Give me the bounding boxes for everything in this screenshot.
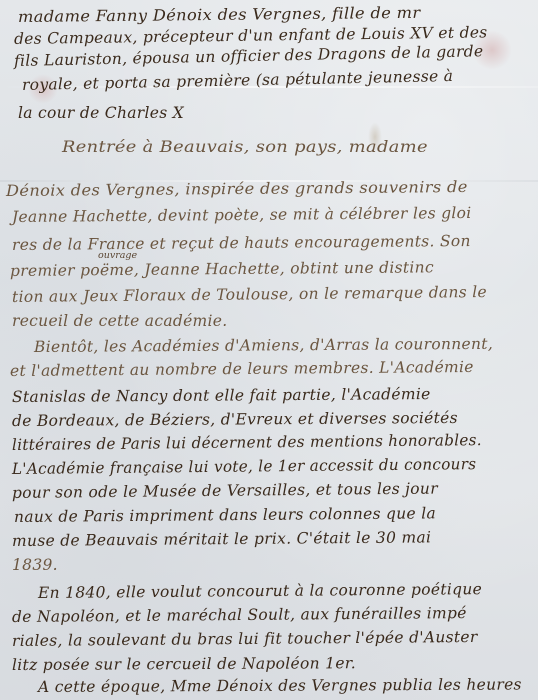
manuscript-line: Bientôt, les Académies d'Amiens, d'Arras…: [34, 335, 493, 356]
manuscript-line: L'Académie française lui vote, le 1er ac…: [12, 455, 476, 478]
manuscript-line: pour son ode le Musée de Versailles, et …: [12, 480, 438, 502]
manuscript-line: riales, la soulevant du bras lui fit tou…: [12, 628, 478, 650]
inserted-correction: ouvrage: [98, 250, 137, 261]
manuscript-line: A cette époque, Mme Dénoix des Vergnes p…: [38, 675, 522, 696]
manuscript-line: res de la France et reçut de hauts encou…: [12, 232, 471, 254]
manuscript-line: Dénoix des Vergnes, inspirée des grands …: [6, 178, 468, 200]
manuscript-line: 1839.: [12, 556, 58, 574]
manuscript-line: royale, et porta sa première (sa pétulan…: [22, 67, 454, 94]
manuscript-line: Rentrée à Beauvais, son pays, madame: [62, 138, 428, 156]
manuscript-line: et l'admettent au nombre de leurs membre…: [10, 358, 474, 380]
manuscript-page: madame Fanny Dénoix des Vergnes, fille d…: [0, 0, 538, 700]
manuscript-line: recueil de cette académie.: [12, 312, 228, 330]
manuscript-line: tion aux Jeux Floraux de Toulouse, on le…: [12, 283, 487, 306]
manuscript-line: Jeanne Hachette, devint poète, se mit à …: [12, 204, 472, 226]
manuscript-line: muse de Beauvais méritait le prix. C'éta…: [12, 528, 431, 550]
manuscript-line: naux de Paris impriment dans leurs colon…: [14, 504, 436, 526]
manuscript-line: madame Fanny Dénoix des Vergnes, fille d…: [18, 4, 421, 26]
manuscript-line: littéraires de Paris lui décernent des m…: [12, 431, 482, 454]
manuscript-line: de Bordeaux, de Béziers, d'Evreux et div…: [12, 409, 458, 430]
manuscript-line: de Napoléon, et le maréchal Soult, aux f…: [12, 604, 467, 626]
manuscript-line: premier poëme, Jeanne Hachette, obtint u…: [10, 258, 434, 280]
manuscript-line: litz posée sur le cercueil de Napoléon 1…: [12, 654, 356, 674]
manuscript-line: Stanislas de Nancy dont elle fait partie…: [12, 385, 431, 406]
manuscript-line: En 1840, elle voulut concourut à la cour…: [38, 580, 482, 602]
manuscript-line: la cour de Charles X: [18, 104, 184, 122]
